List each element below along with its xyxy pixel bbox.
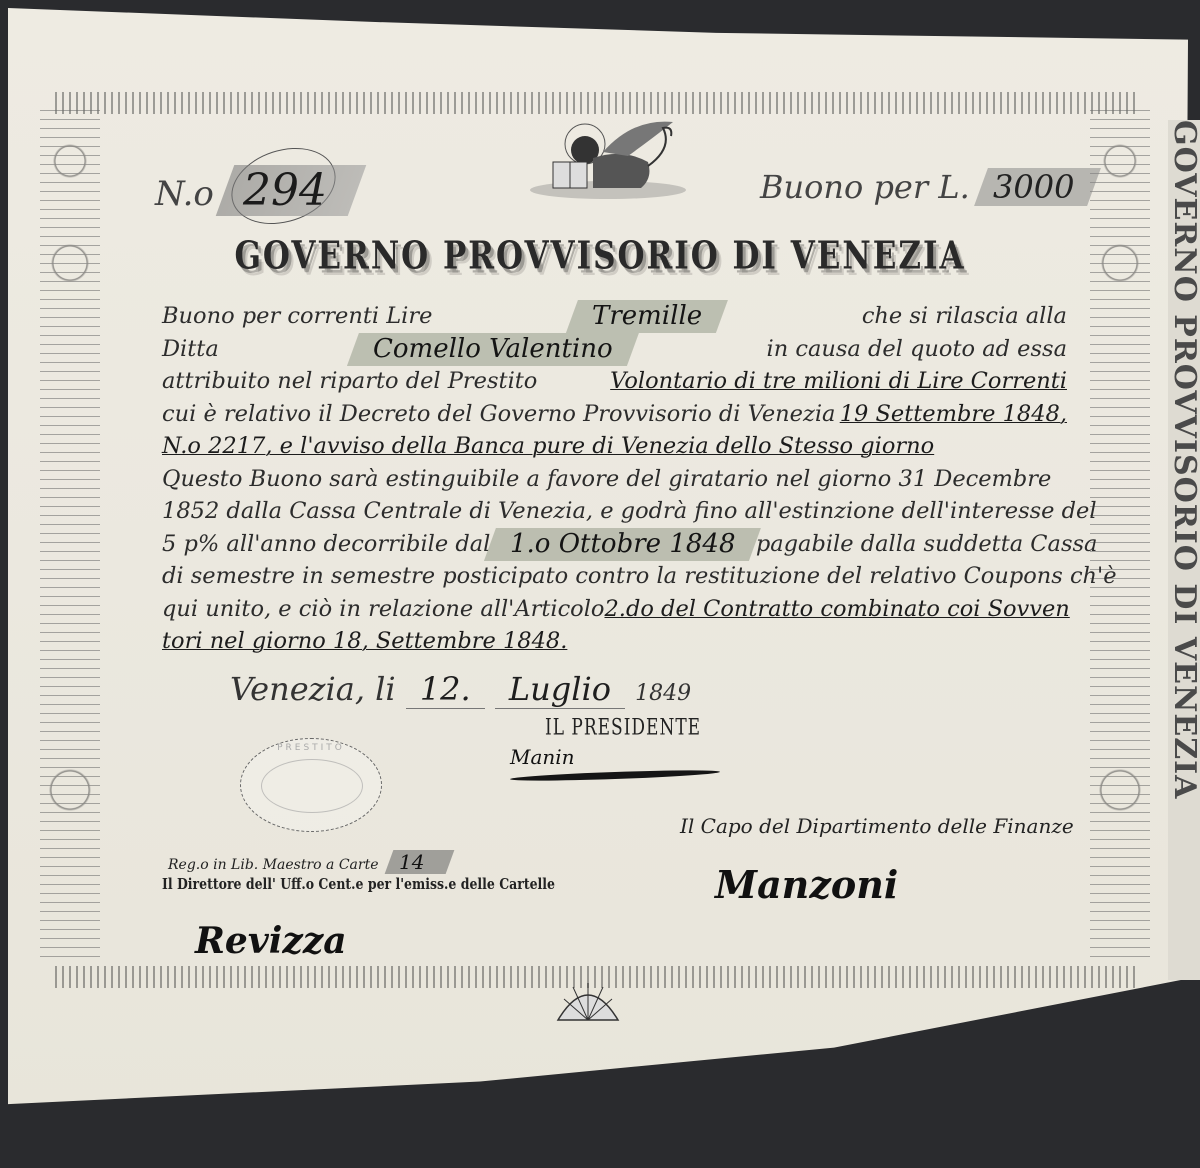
body-text: pagabile dalla suddetta Cassa	[756, 528, 1098, 561]
number-value-field: 294	[216, 165, 367, 216]
body-text: 1852 dalla Cassa Centrale di Venezia, e …	[162, 495, 1097, 528]
issue-year: 1849	[635, 681, 691, 706]
body-text: in causa del quoto ad essa	[767, 333, 1068, 366]
issue-day: 12.	[406, 670, 485, 709]
holder-name-field: Comello Valentino	[347, 333, 638, 366]
body-text: Buono per correnti Lire	[162, 300, 432, 333]
body-line: tori nel giorno 18, Settembre 1848.	[162, 625, 1067, 658]
holder-name: Comello Valentino	[373, 333, 613, 366]
ornamental-border-top	[55, 92, 1135, 114]
president-label: IL PRESIDENTE	[545, 715, 701, 741]
body-line: attribuito nel riparto del Prestito Volo…	[162, 365, 1067, 398]
handwritten-text: 19 Settembre 1848,	[840, 398, 1067, 431]
number-value: 294	[243, 165, 327, 216]
body-line: N.o 2217, e l'avviso della Banca pure di…	[162, 430, 1067, 463]
issue-month: Luglio	[495, 670, 625, 709]
winged-lion-of-st-mark-icon	[523, 118, 693, 200]
amount-value-field: 3000	[974, 168, 1101, 206]
amount-words: Tremille	[592, 300, 702, 333]
body-line: Questo Buono sarà estinguibile a favore …	[162, 463, 1067, 496]
president-signature: Manin	[510, 745, 575, 769]
face-amount: Buono per L. 3000	[760, 168, 1094, 206]
registry-label: Reg.o in Lib. Maestro a Carte	[168, 857, 379, 873]
body-text: qui unito, e ciò in relazione all'Artico…	[162, 593, 604, 626]
body-text: attribuito nel riparto del Prestito	[162, 365, 537, 398]
number-prefix: N.o	[155, 174, 214, 214]
body-line: Buono per correnti Lire Tremille che si …	[162, 300, 1067, 333]
amount-label: Buono per L.	[760, 168, 970, 206]
bond-body-text: Buono per correnti Lire Tremille che si …	[162, 300, 1067, 658]
director-signature: Revizza	[195, 920, 347, 962]
amount-words-field: Tremille	[566, 300, 728, 333]
director-label: Il Direttore dell' Uff.o Cent.e per l'em…	[162, 875, 555, 893]
body-text: di semestre in semestre posticipato cont…	[162, 560, 1117, 593]
body-line: qui unito, e ciò in relazione all'Artico…	[162, 593, 1067, 626]
body-text: Ditta	[162, 333, 219, 366]
body-line: cui è relativo il Decreto del Governo Pr…	[162, 398, 1067, 431]
handwritten-text: N.o 2217, e l'avviso della Banca pure di…	[162, 430, 934, 463]
embossed-seal: PRESTITO	[240, 738, 382, 832]
seal-emblem	[261, 759, 363, 813]
serial-number: N.o 294	[155, 165, 357, 216]
interest-start-date: 1.o Ottobre 1848	[510, 528, 735, 561]
body-text: Questo Buono sarà estinguibile a favore …	[162, 463, 1051, 496]
body-text: che si rilascia alla	[862, 300, 1067, 333]
handwritten-text: 2.do del Contratto combinato coi Sovven	[604, 593, 1069, 626]
document-title: GOVERNO PROVVISORIO DI VENEZIA	[0, 234, 1200, 279]
place-date-line: Venezia, li 12. Luglio 1849	[230, 670, 691, 708]
registry-value: 14	[399, 850, 424, 874]
finance-head-signature: Manzoni	[715, 862, 898, 907]
handwritten-text: tori nel giorno 18, Settembre 1848.	[162, 625, 567, 658]
amount-value: 3000	[993, 168, 1074, 206]
interest-start-date-field: 1.o Ottobre 1848	[484, 528, 761, 561]
body-text: cui è relativo il Decreto del Governo Pr…	[162, 398, 835, 431]
body-line: Ditta Comello Valentino in causa del quo…	[162, 333, 1067, 366]
seal-text: PRESTITO	[241, 743, 381, 753]
registry-value-field: 14	[385, 850, 455, 874]
registry-line: Reg.o in Lib. Maestro a Carte 14	[168, 850, 450, 874]
body-line: di semestre in semestre posticipato cont…	[162, 560, 1067, 593]
finance-head-label: Il Capo del Dipartimento delle Finanze	[680, 814, 1074, 838]
body-line: 1852 dalla Cassa Centrale di Venezia, e …	[162, 495, 1067, 528]
scallop-shell-ornament-icon	[548, 975, 628, 1029]
body-text: 5 p% all'anno decorribile dal	[162, 528, 490, 561]
body-line: 5 p% all'anno decorribile dal 1.o Ottobr…	[162, 528, 1067, 561]
place-label: Venezia, li	[230, 670, 396, 708]
handwritten-text: Volontario di tre milioni di Lire Corren…	[610, 365, 1067, 398]
